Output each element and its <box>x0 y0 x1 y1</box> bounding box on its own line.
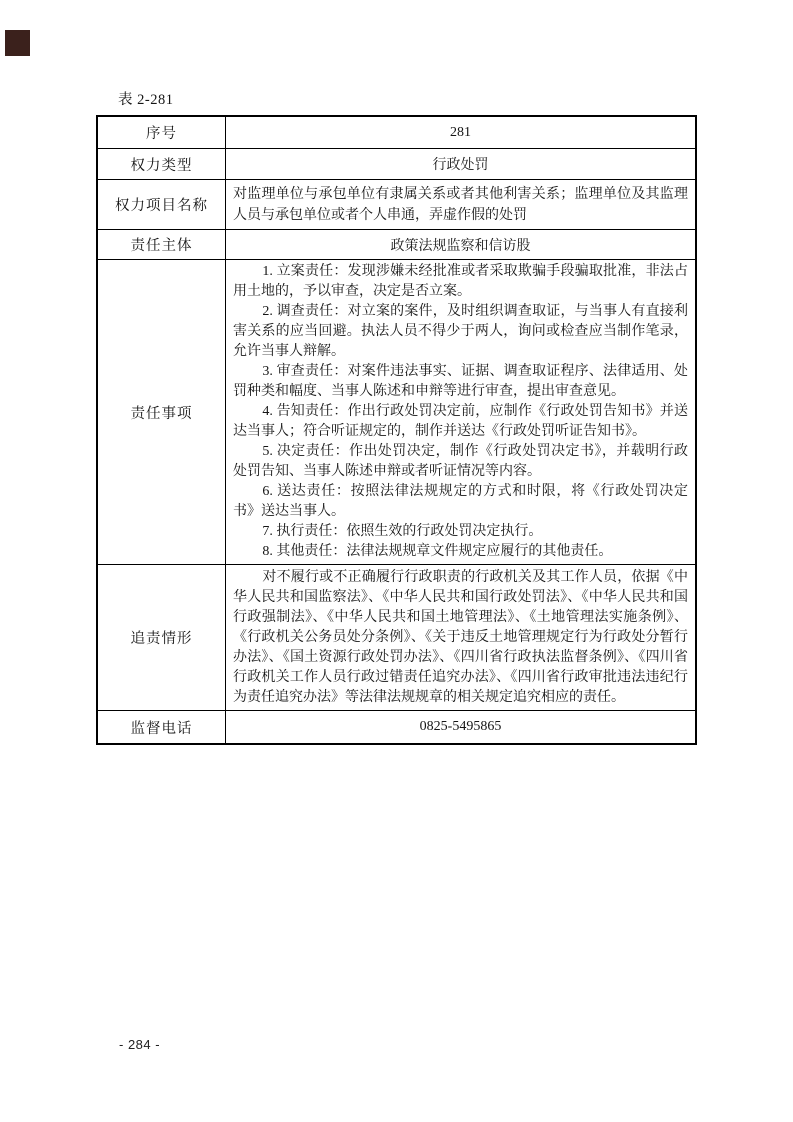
paragraph: 4. 告知责任：作出行政处罚决定前，应制作《行政处罚告知书》并送达当事人；符合听… <box>233 402 688 442</box>
table-row-responsibility-items: 责任事项 1. 立案责任：发现涉嫌未经批准或者采取欺骗手段骗取批准，非法占用土地… <box>98 259 695 564</box>
paragraph: 1. 立案责任：发现涉嫌未经批准或者采取欺骗手段骗取批准，非法占用土地的，予以审… <box>233 262 688 302</box>
power-item-name-label: 权力项目名称 <box>98 180 226 229</box>
power-type-value: 行政处罚 <box>226 149 695 179</box>
paragraph: 3. 审查责任：对案件违法事实、证据、调查取证程序、法律适用、处罚种类和幅度、当… <box>233 362 688 402</box>
table-row-supervision-phone: 监督电话 0825-5495865 <box>98 710 695 743</box>
paragraph: 6. 送达责任：按照法律法规规定的方式和时限，将《行政处罚决定书》送达当事人。 <box>233 482 688 522</box>
responsibility-items-label: 责任事项 <box>98 260 226 564</box>
table-row-power-item-name: 权力项目名称 对监理单位与承包单位有隶属关系或者其他利害关系；监理单位及其监理人… <box>98 179 695 229</box>
supervision-phone-label: 监督电话 <box>98 711 226 743</box>
paragraph: 7. 执行责任：依照生效的行政处罚决定执行。 <box>233 522 688 542</box>
table-row-responsible-entity: 责任主体 政策法规监察和信访股 <box>98 229 695 259</box>
corner-scan-mark <box>5 30 30 56</box>
paragraph: 8. 其他责任：法律法规规章文件规定应履行的其他责任。 <box>233 542 688 562</box>
paragraph: 5. 决定责任：作出处罚决定，制作《行政处罚决定书》，并载明行政处罚告知、当事人… <box>233 442 688 482</box>
table-row-power-type: 权力类型 行政处罚 <box>98 148 695 179</box>
responsible-entity-value: 政策法规监察和信访股 <box>226 230 695 259</box>
page-number: - 284 - <box>119 1037 160 1052</box>
table-row-serial-number: 序号 281 <box>98 117 695 148</box>
serial-number-value: 281 <box>226 117 695 148</box>
paragraph: 2. 调查责任：对立案的案件，及时组织调查取证，与当事人有直接利害关系的应当回避… <box>233 302 688 362</box>
paragraph: 对不履行或不正确履行行政职责的行政机关及其工作人员，依据《中华人民共和国监察法》… <box>233 568 688 708</box>
serial-number-label: 序号 <box>98 117 226 148</box>
table-row-accountability-situations: 追责情形 对不履行或不正确履行行政职责的行政机关及其工作人员，依据《中华人民共和… <box>98 564 695 710</box>
responsible-entity-label: 责任主体 <box>98 230 226 259</box>
accountability-situations-label: 追责情形 <box>98 565 226 710</box>
power-item-name-value: 对监理单位与承包单位有隶属关系或者其他利害关系；监理单位及其监理人员与承包单位或… <box>233 184 688 226</box>
accountability-situations-value: 对不履行或不正确履行行政职责的行政机关及其工作人员，依据《中华人民共和国监察法》… <box>226 565 695 710</box>
power-duty-table: 序号 281 权力类型 行政处罚 权力项目名称 对监理单位与承包单位有隶属关系或… <box>96 115 697 745</box>
power-type-label: 权力类型 <box>98 149 226 179</box>
responsibility-items-value: 1. 立案责任：发现涉嫌未经批准或者采取欺骗手段骗取批准，非法占用土地的，予以审… <box>226 260 695 564</box>
supervision-phone-value: 0825-5495865 <box>226 711 695 743</box>
table-caption: 表 2-281 <box>118 88 173 109</box>
